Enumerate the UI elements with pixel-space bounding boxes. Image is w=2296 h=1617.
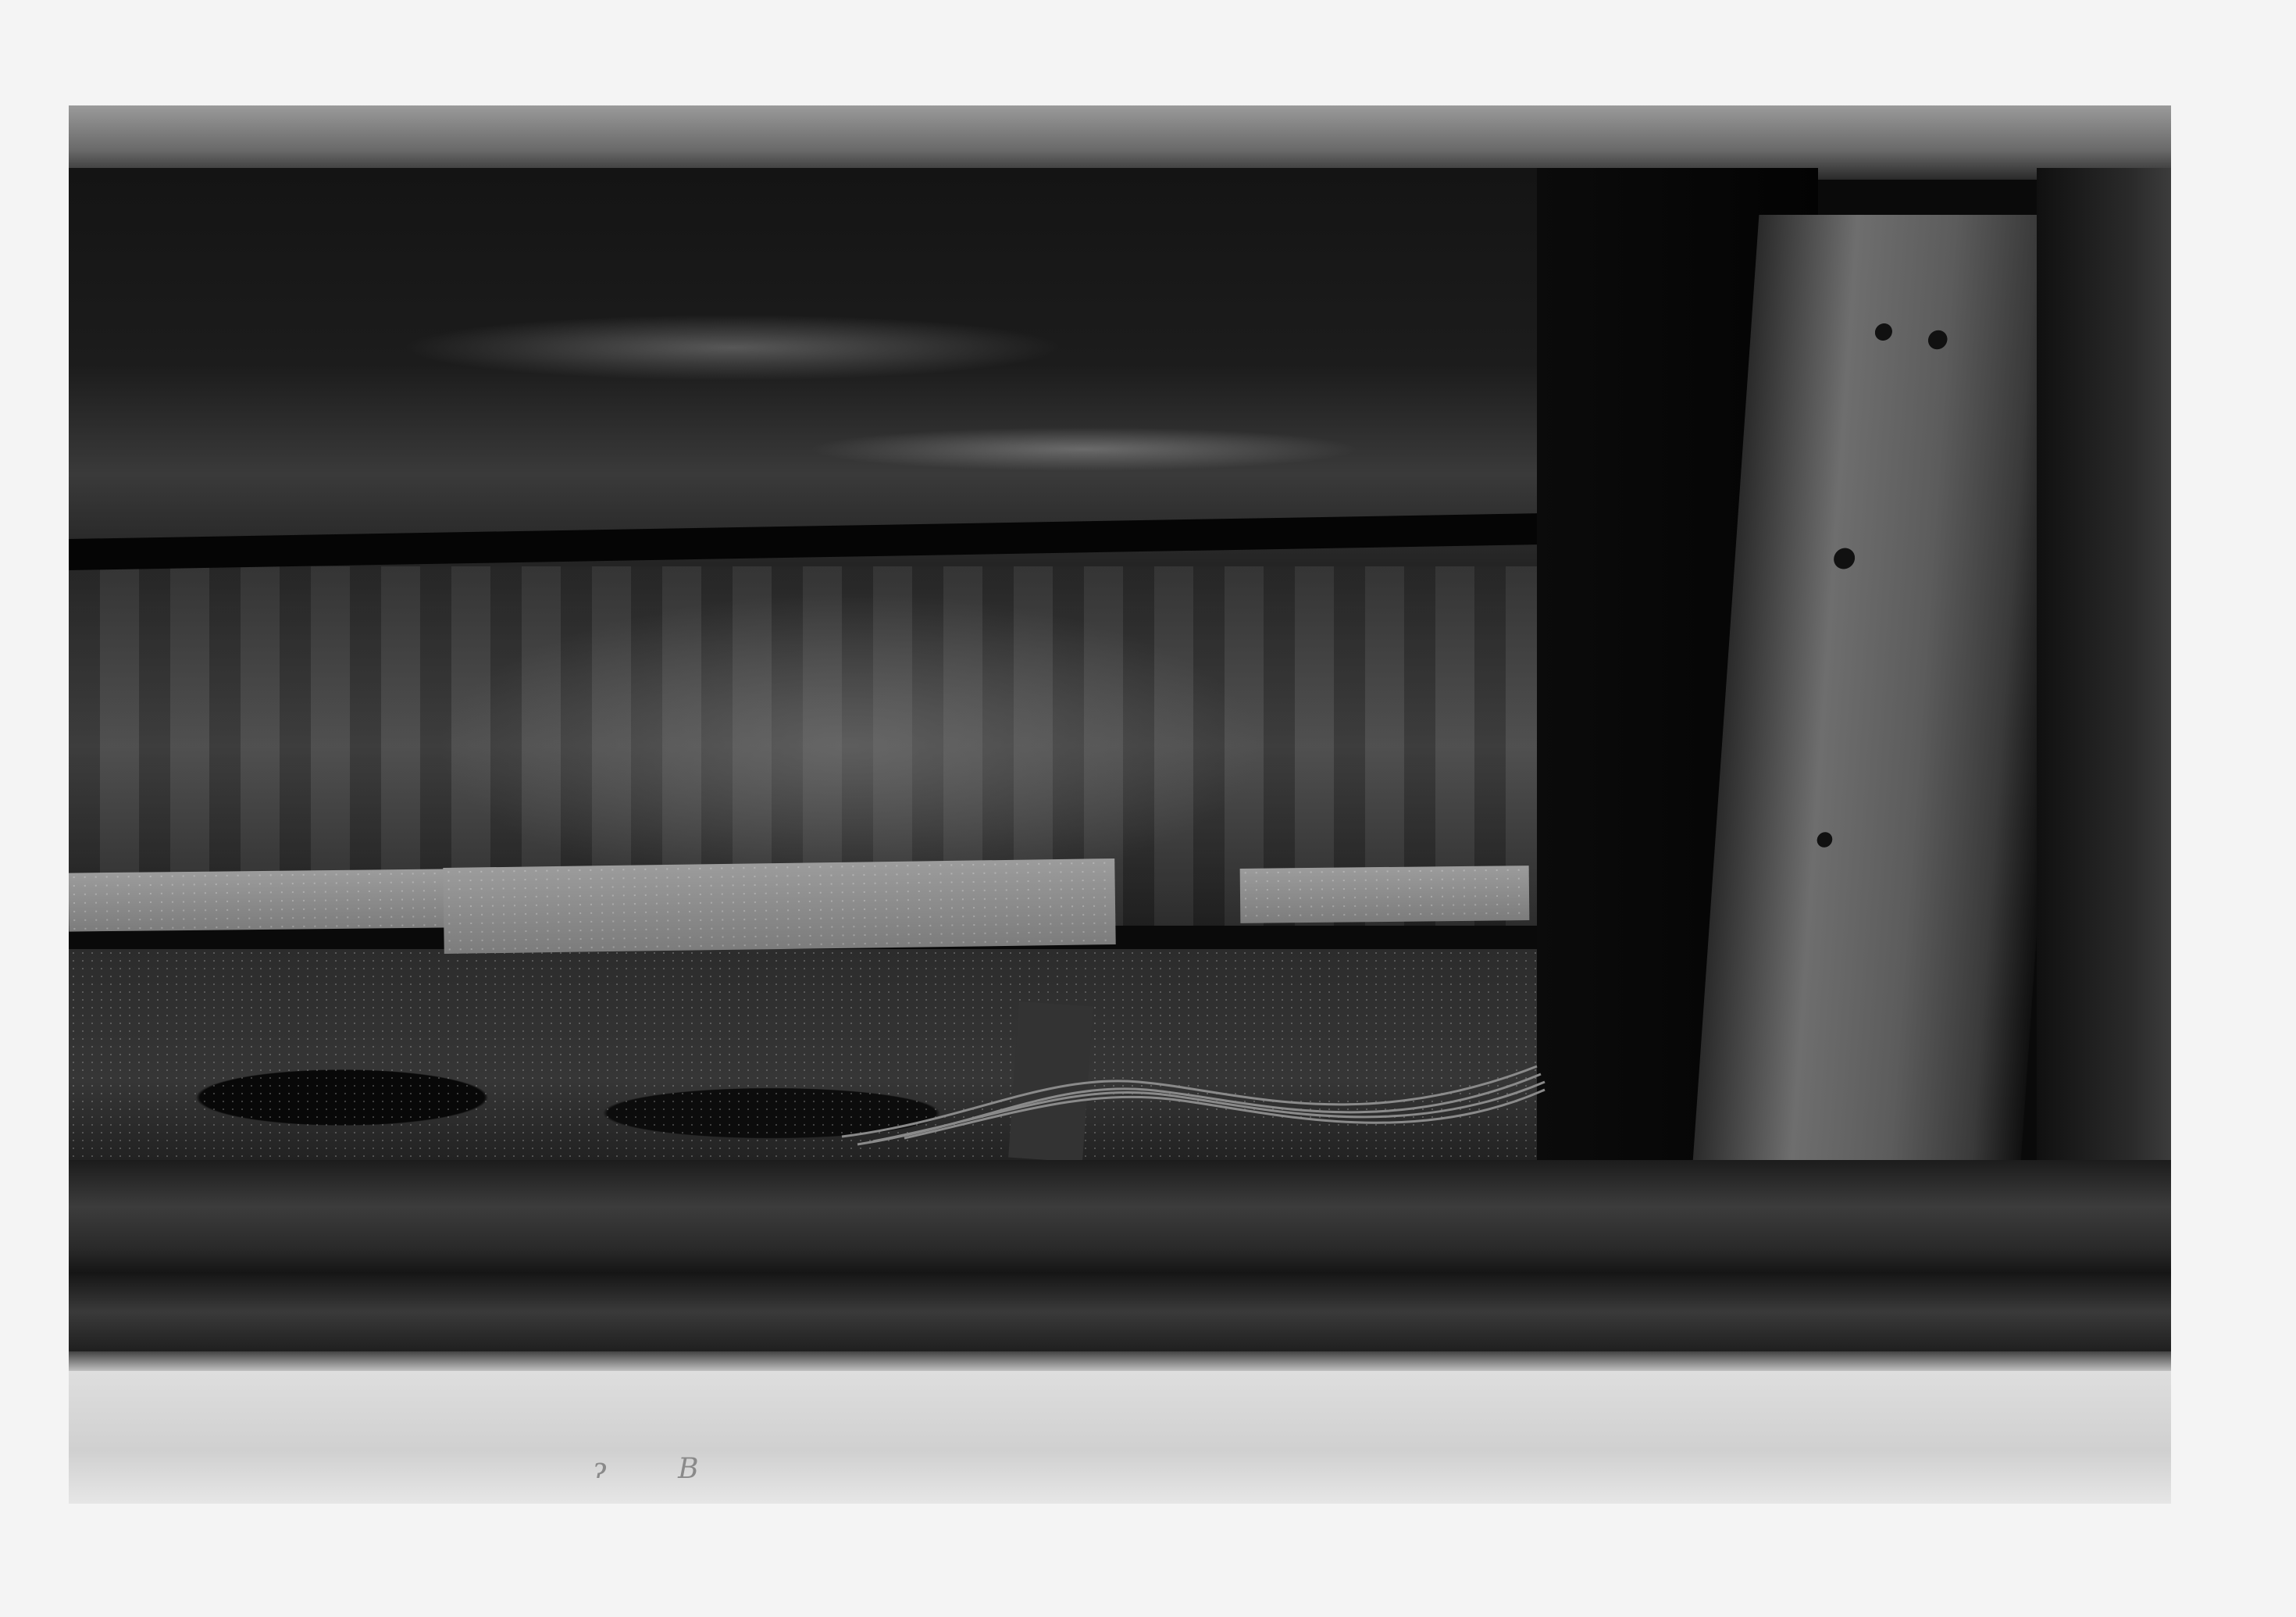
loose-wires	[811, 957, 1553, 1160]
upper-sill-beam	[69, 1160, 2171, 1277]
right-dark-timber	[2037, 168, 2171, 1215]
photo-print	[69, 105, 2171, 1504]
handwritten-mark: ɂ B	[594, 1453, 730, 1485]
brick-left	[69, 869, 451, 931]
brick-center	[443, 858, 1115, 954]
brick-right	[1240, 866, 1530, 923]
vertical-timber-beam	[1690, 215, 2087, 1207]
lower-sill-beam	[69, 1273, 2171, 1359]
pale-foreground	[69, 1371, 2171, 1504]
